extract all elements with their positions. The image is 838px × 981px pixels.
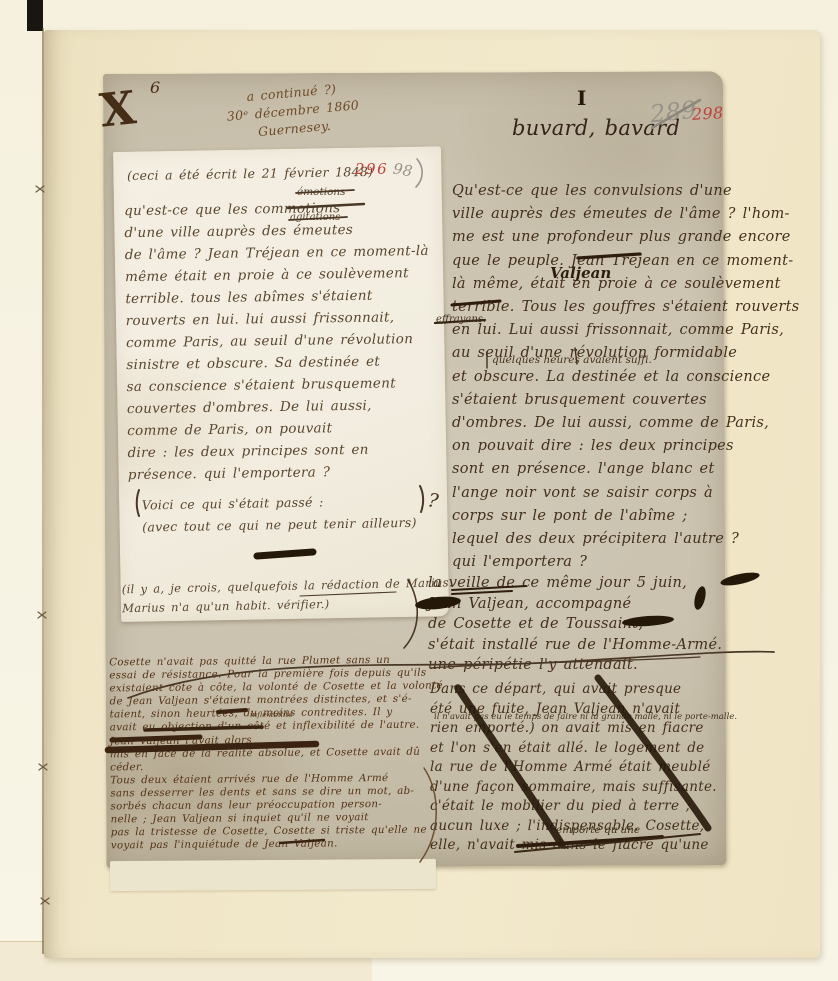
ink-blot-1	[719, 570, 760, 588]
strike-la-veille	[452, 586, 526, 594]
ink-blot-4	[622, 614, 675, 628]
aside-bracket-left	[137, 490, 139, 516]
manuscript-photo: X 6 a continué ?)30ᵉ décembre 1860Guerne…	[0, 0, 838, 981]
strike-effrayans	[435, 320, 485, 323]
strike-terrible	[452, 301, 500, 305]
slip-word-strikes	[288, 190, 364, 220]
insertion-block-strikes	[108, 710, 324, 843]
pencil-paren	[416, 159, 422, 187]
cancel-stroke-2	[598, 678, 708, 828]
slip-thick-dash	[257, 552, 313, 556]
ink-marks-overlay	[0, 0, 838, 981]
ink-blot-3	[692, 585, 708, 611]
interline-insert-bars	[487, 348, 577, 368]
cancel-stroke-1	[458, 688, 562, 845]
ink-blot-2	[414, 595, 461, 612]
underline-redaction	[300, 592, 396, 596]
strike-trejean	[578, 254, 640, 258]
separator-rule	[430, 657, 700, 668]
insertion-brace	[420, 768, 436, 862]
stitch-marks	[36, 186, 49, 904]
strike-folio-pencil	[652, 100, 700, 128]
aside-bracket-right	[420, 486, 423, 512]
note-closing-paren	[404, 580, 417, 648]
